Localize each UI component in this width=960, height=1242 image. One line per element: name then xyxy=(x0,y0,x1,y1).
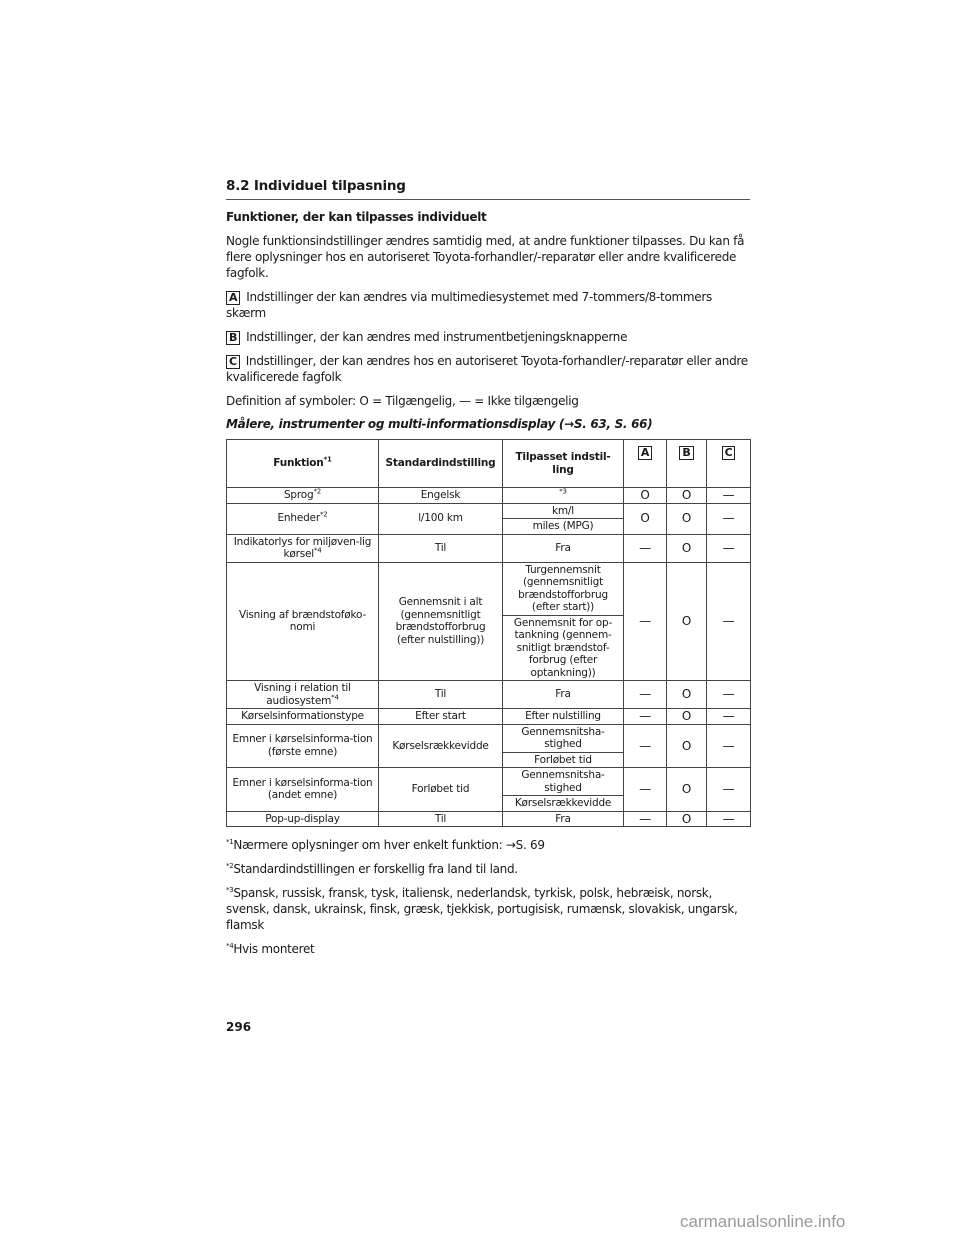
cell-c: — xyxy=(707,503,751,534)
table-row: Indikatorlys for miljøven-lig kørsel*4Ti… xyxy=(227,534,751,562)
cell-b: O xyxy=(667,811,707,827)
cell-a: O xyxy=(624,488,667,504)
legend-item-c: CIndstillinger, der kan ændres hos en au… xyxy=(226,353,750,385)
cell-default: Til xyxy=(379,534,503,562)
cell-function: Kørselsinformationstype xyxy=(227,709,379,725)
table-row: Pop-up-displayTilFra—O— xyxy=(227,811,751,827)
cell-a: O xyxy=(624,503,667,534)
cell-default: Kørselsrækkevidde xyxy=(379,724,503,768)
table-row: Sprog*2Engelsk*3OO— xyxy=(227,488,751,504)
footnote-4: *4Hvis monteret xyxy=(226,941,750,957)
cell-function: Sprog*2 xyxy=(227,488,379,504)
cell-a: — xyxy=(624,562,667,681)
box-a-icon: A xyxy=(226,291,240,305)
cell-default: Engelsk xyxy=(379,488,503,504)
cell-b: O xyxy=(667,724,707,768)
header-default: Standardindstilling xyxy=(379,440,503,488)
cell-custom: Gennemsnitsha-stighed xyxy=(503,724,624,752)
cell-c: — xyxy=(707,724,751,768)
cell-b: O xyxy=(667,768,707,812)
cell-function: Emner i kørselsinforma-tion (første emne… xyxy=(227,724,379,768)
cell-b: O xyxy=(667,562,707,681)
cell-a: — xyxy=(624,534,667,562)
cell-c: — xyxy=(707,768,751,812)
table-row: Emner i kørselsinforma-tion (andet emne)… xyxy=(227,768,751,796)
cell-default: Forløbet tid xyxy=(379,768,503,812)
cell-default: Gennemsnit i alt (gennemsnitligt brændst… xyxy=(379,562,503,681)
header-custom: Tilpasset indstil-ling xyxy=(503,440,624,488)
cell-b: O xyxy=(667,709,707,725)
cell-b: O xyxy=(667,534,707,562)
table-row: Visning i relation til audiosystem*4TilF… xyxy=(227,681,751,709)
cell-default: l/100 km xyxy=(379,503,503,534)
legend-item-b: BIndstillinger, der kan ændres med instr… xyxy=(226,329,750,345)
cell-a: — xyxy=(624,724,667,768)
cell-custom: km/l xyxy=(503,503,624,519)
cell-function: Visning i relation til audiosystem*4 xyxy=(227,681,379,709)
header-a: A xyxy=(624,440,667,488)
footnote-2: *2Standardindstillingen er forskellig fr… xyxy=(226,861,750,877)
settings-table: Funktion*1 Standardindstilling Tilpasset… xyxy=(226,439,751,827)
cell-function: Visning af brændstoføko-nomi xyxy=(227,562,379,681)
page-number: 296 xyxy=(226,1020,251,1034)
cell-custom: *3 xyxy=(503,488,624,504)
cell-custom: miles (MPG) xyxy=(503,519,624,535)
symbols-definition: Definition af symboler: O = Tilgængelig,… xyxy=(226,393,750,409)
header-function: Funktion*1 xyxy=(227,440,379,488)
cell-b: O xyxy=(667,681,707,709)
box-b-icon: B xyxy=(226,331,240,345)
cell-a: — xyxy=(624,811,667,827)
cell-custom: Fra xyxy=(503,681,624,709)
table-row: Enheder*2l/100 kmkm/lOO— xyxy=(227,503,751,519)
cell-function: Emner i kørselsinforma-tion (andet emne) xyxy=(227,768,379,812)
table-row: Visning af brændstoføko-nomiGennemsnit i… xyxy=(227,562,751,615)
section-heading: 8.2 Individuel tilpasning xyxy=(226,178,750,200)
header-b: B xyxy=(667,440,707,488)
table-header-row: Funktion*1 Standardindstilling Tilpasset… xyxy=(227,440,751,488)
cell-function: Pop-up-display xyxy=(227,811,379,827)
cell-c: — xyxy=(707,562,751,681)
legend-item-a: AIndstillinger der kan ændres via multim… xyxy=(226,289,750,321)
box-c-icon: C xyxy=(722,446,736,460)
cell-default: Til xyxy=(379,681,503,709)
cell-c: — xyxy=(707,534,751,562)
cell-custom: Gennemsnit for op-tankning (gennem-snitl… xyxy=(503,615,624,681)
cell-c: — xyxy=(707,811,751,827)
cell-a: — xyxy=(624,768,667,812)
cell-custom: Turgennemsnit (gennemsnitligt brændstoff… xyxy=(503,562,624,615)
table-body: Sprog*2Engelsk*3OO—Enheder*2l/100 kmkm/l… xyxy=(227,488,751,827)
cell-default: Til xyxy=(379,811,503,827)
cell-c: — xyxy=(707,488,751,504)
footnote-1: *1Nærmere oplysninger om hver enkelt fun… xyxy=(226,837,750,853)
cell-custom: Fra xyxy=(503,534,624,562)
table-row: Emner i kørselsinforma-tion (første emne… xyxy=(227,724,751,752)
box-b-icon: B xyxy=(679,446,693,460)
manual-page: 8.2 Individuel tilpasning Funktioner, de… xyxy=(226,178,750,965)
box-c-icon: C xyxy=(226,355,240,369)
cell-default: Efter start xyxy=(379,709,503,725)
box-a-icon: A xyxy=(638,446,652,460)
subheading: Funktioner, der kan tilpasses individuel… xyxy=(226,210,750,224)
cell-custom: Forløbet tid xyxy=(503,752,624,768)
cell-c: — xyxy=(707,709,751,725)
cell-a: — xyxy=(624,709,667,725)
cell-custom: Efter nulstilling xyxy=(503,709,624,725)
cell-custom: Gennemsnitsha-stighed xyxy=(503,768,624,796)
cell-b: O xyxy=(667,503,707,534)
watermark: carmanualsonline.info xyxy=(680,1212,845,1232)
table-title: Målere, instrumenter og multi-informatio… xyxy=(226,417,750,431)
cell-function: Indikatorlys for miljøven-lig kørsel*4 xyxy=(227,534,379,562)
cell-a: — xyxy=(624,681,667,709)
cell-b: O xyxy=(667,488,707,504)
footnote-3: *3Spansk, russisk, fransk, tysk, italien… xyxy=(226,885,750,933)
cell-custom: Kørselsrækkevidde xyxy=(503,796,624,812)
table-row: KørselsinformationstypeEfter startEfter … xyxy=(227,709,751,725)
intro-paragraph: Nogle funktionsindstillinger ændres samt… xyxy=(226,233,750,281)
cell-custom: Fra xyxy=(503,811,624,827)
cell-function: Enheder*2 xyxy=(227,503,379,534)
cell-c: — xyxy=(707,681,751,709)
footnotes: *1Nærmere oplysninger om hver enkelt fun… xyxy=(226,837,750,957)
header-c: C xyxy=(707,440,751,488)
